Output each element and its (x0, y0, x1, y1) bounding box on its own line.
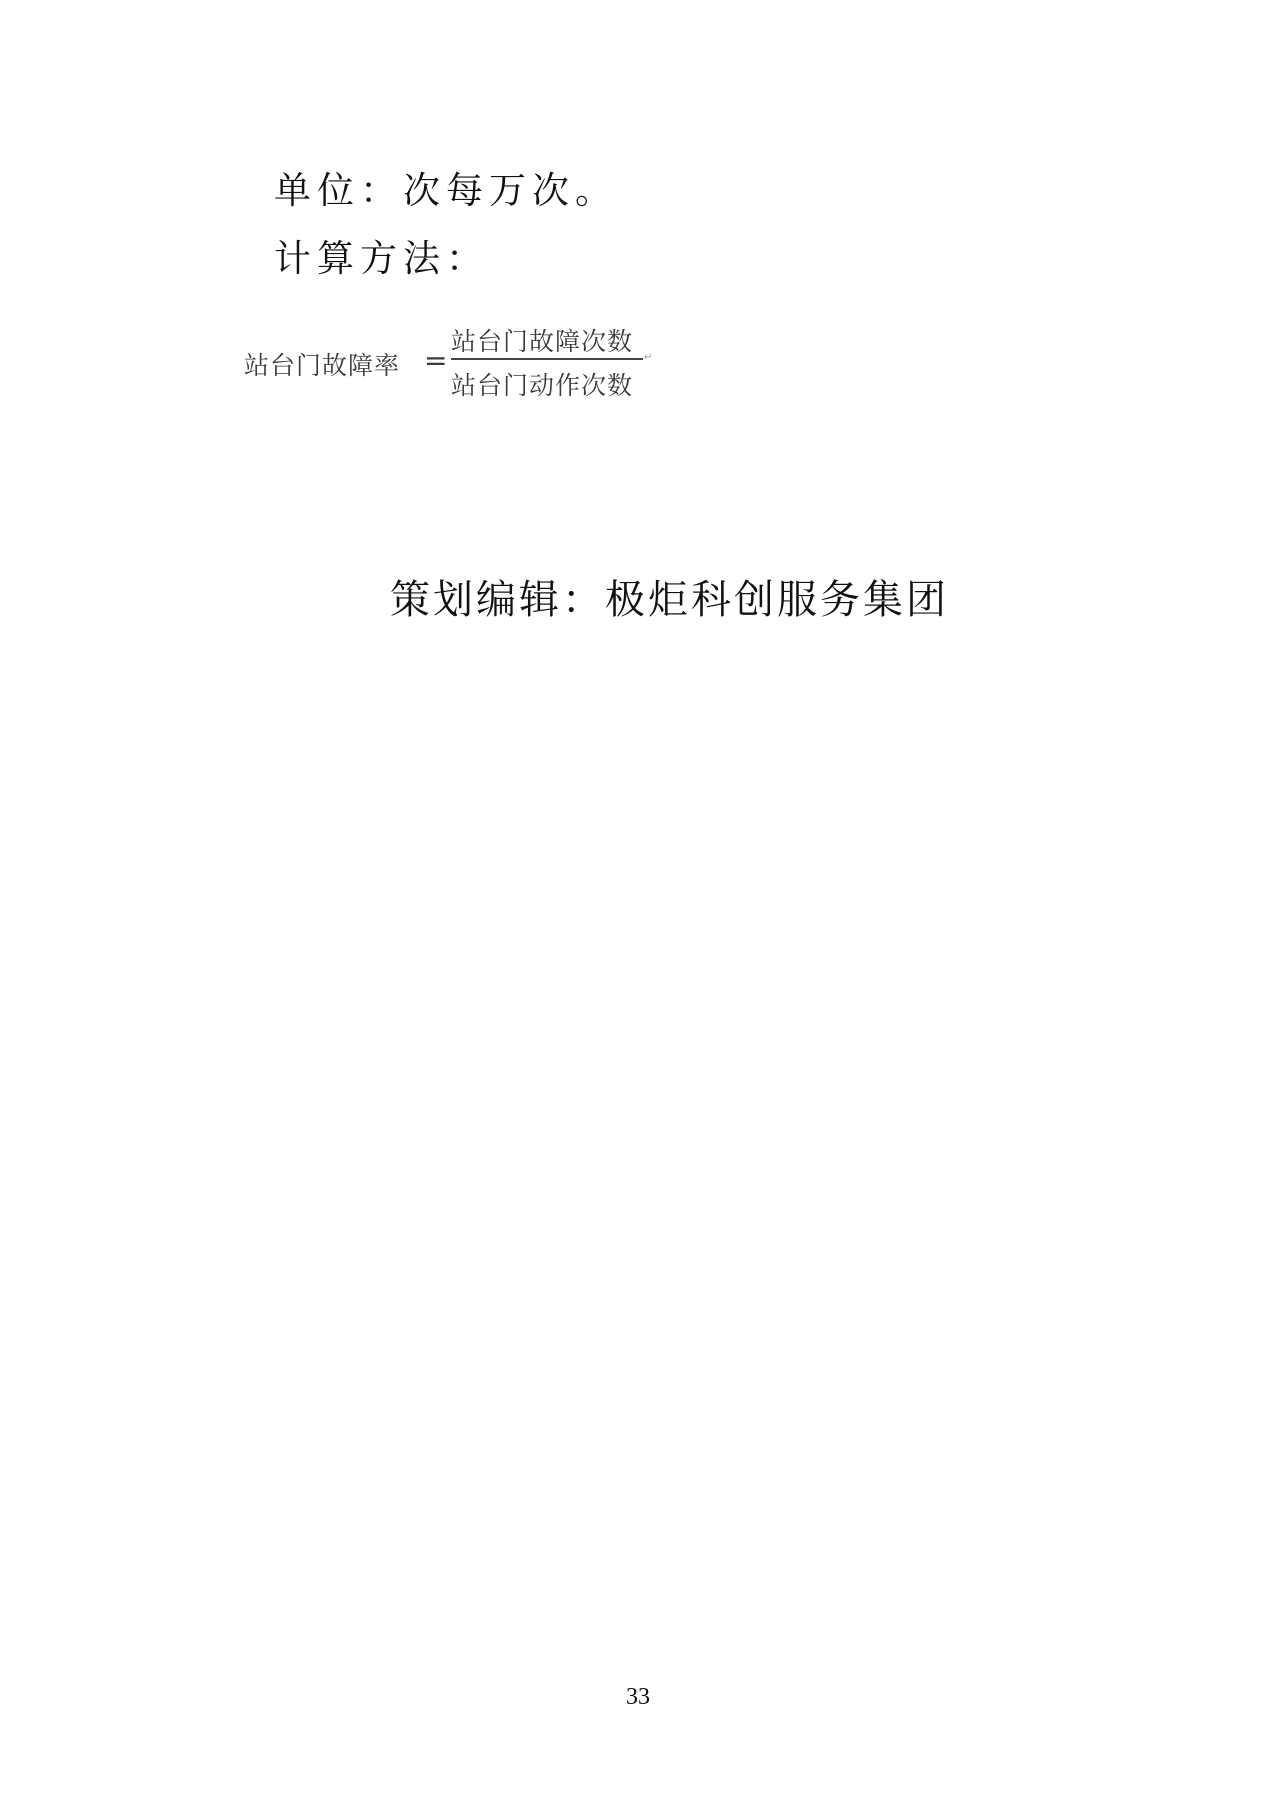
unit-text: 单位：次每万次。 (274, 172, 618, 209)
page-number: 33 (626, 1684, 650, 1711)
formula-numerator: 站台门故障次数 (451, 322, 633, 358)
formula-denominator: 站台门动作次数 (451, 366, 633, 402)
editor-credit: 策划编辑：极炬科创服务集团 (390, 568, 949, 625)
fraction-bar (451, 358, 643, 360)
formula-equals-sign: = (424, 344, 447, 377)
calculation-method-label: 计算方法： (274, 240, 489, 277)
failure-rate-formula: 站台门故障率 = 站台门故障次数 站台门动作次数 ↵ (244, 322, 664, 402)
formula-lhs: 站台门故障率 (244, 346, 400, 382)
paragraph-return-icon: ↵ (644, 352, 652, 363)
